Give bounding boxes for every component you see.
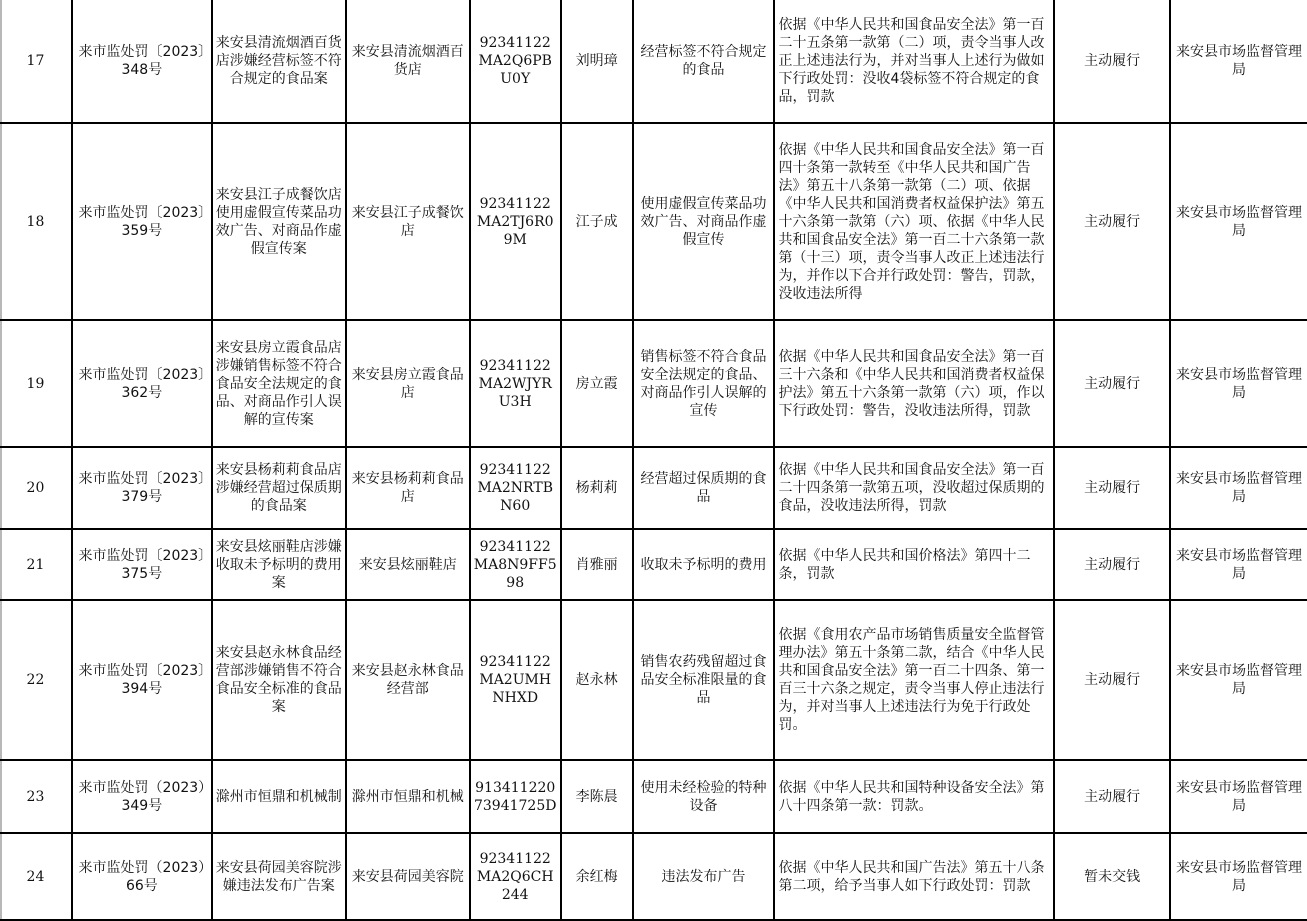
doc-no-cell: 来市监处罚〔2023〕348号 <box>72 0 212 123</box>
violation-cell: 收取未予标明的费用 <box>633 529 775 600</box>
authority-cell: 来安县市场监督管理局 <box>1170 600 1307 760</box>
case-name-cell: 来安县赵永林食品经营部涉嫌销售不符合食品安全标准的食品案 <box>212 600 346 760</box>
status-cell: 主动履行 <box>1054 447 1170 529</box>
authority-cell: 来安县市场监督管理局 <box>1170 760 1307 833</box>
doc-no-cell: 来市监处罚（2023）349号 <box>72 760 212 833</box>
legal-rep-cell: 赵永林 <box>561 600 633 760</box>
status-cell: 主动履行 <box>1054 600 1170 760</box>
seq-cell: 21 <box>0 529 72 600</box>
violation-cell: 经营超过保质期的食品 <box>633 447 775 529</box>
seq-cell: 19 <box>0 320 72 447</box>
case-name-cell: 滁州市恒鼎和机械制 <box>212 760 346 833</box>
party-cell: 来安县炫丽鞋店 <box>346 529 470 600</box>
violation-cell: 销售标签不符合食品安全法规定的食品、对商品作引人误解的宣传 <box>633 320 775 447</box>
table-row: 24 来市监处罚（2023）66号 来安县荷园美容院涉嫌违法发布广告案 来安县荷… <box>0 833 1307 920</box>
case-name-cell: 来安县杨莉莉食品店涉嫌经营超过保质期的食品案 <box>212 447 346 529</box>
status-cell: 主动履行 <box>1054 760 1170 833</box>
doc-no-cell: 来市监处罚〔2023〕362号 <box>72 320 212 447</box>
seq-cell: 24 <box>0 833 72 920</box>
legal-rep-cell: 余红梅 <box>561 833 633 920</box>
authority-cell: 来安县市场监督管理局 <box>1170 529 1307 600</box>
seq-cell: 23 <box>0 760 72 833</box>
doc-no-cell: 来市监处罚〔2023〕359号 <box>72 123 212 320</box>
case-name-cell: 来安县炫丽鞋店涉嫌收取未予标明的费用案 <box>212 529 346 600</box>
party-cell: 来安县房立霞食品店 <box>346 320 470 447</box>
penalty-basis-cell: 依据《中华人民共和国食品安全法》第一百二十四条第一款第五项，没收超过保质期的食品… <box>774 447 1054 529</box>
legal-rep-cell: 房立霞 <box>561 320 633 447</box>
violation-cell: 违法发布广告 <box>633 833 775 920</box>
credit-code-cell: 92341122MA2NRTBN60 <box>470 447 561 529</box>
penalty-basis-cell: 依据《中华人民共和国食品安全法》第一百三十六条和《中华人民共和国消费者权益保护法… <box>774 320 1054 447</box>
authority-cell: 来安县市场监督管理局 <box>1170 0 1307 123</box>
legal-rep-cell: 杨莉莉 <box>561 447 633 529</box>
table-row: 23 来市监处罚（2023）349号 滁州市恒鼎和机械制 滁州市恒鼎和机械 91… <box>0 760 1307 833</box>
seq-cell: 20 <box>0 447 72 529</box>
authority-cell: 来安县市场监督管理局 <box>1170 320 1307 447</box>
credit-code-cell: 92341122MA2Q6CH244 <box>470 833 561 920</box>
table-row: 18 来市监处罚〔2023〕359号 来安县江子成餐饮店使用虚假宣传菜品功效广告… <box>0 123 1307 320</box>
penalty-basis-cell: 依据《中华人民共和国特种设备安全法》第八十四条第一款：罚款。 <box>774 760 1054 833</box>
violation-cell: 经营标签不符合规定的食品 <box>633 0 775 123</box>
status-cell: 主动履行 <box>1054 320 1170 447</box>
violation-cell: 销售农药残留超过食品安全标准限量的食品 <box>633 600 775 760</box>
doc-no-cell: 来市监处罚〔2023〕375号 <box>72 529 212 600</box>
credit-code-cell: 91341122073941725D <box>470 760 561 833</box>
authority-cell: 来安县市场监督管理局 <box>1170 447 1307 529</box>
case-name-cell: 来安县荷园美容院涉嫌违法发布广告案 <box>212 833 346 920</box>
party-cell: 来安县江子成餐饮店 <box>346 123 470 320</box>
credit-code-cell: 92341122MA2WJYRU3H <box>470 320 561 447</box>
penalty-basis-cell: 依据《中华人民共和国食品安全法》第一百二十五条第一款第（二）项，责令当事人改正上… <box>774 0 1054 123</box>
party-cell: 来安县清流烟酒百货店 <box>346 0 470 123</box>
party-cell: 来安县赵永林食品经营部 <box>346 600 470 760</box>
credit-code-cell: 92341122MA8N9FF598 <box>470 529 561 600</box>
authority-cell: 来安县市场监督管理局 <box>1170 833 1307 920</box>
seq-cell: 17 <box>0 0 72 123</box>
penalty-basis-cell: 依据《中华人民共和国价格法》第四十二条，罚款 <box>774 529 1054 600</box>
status-cell: 主动履行 <box>1054 0 1170 123</box>
case-name-cell: 来安县江子成餐饮店使用虚假宣传菜品功效广告、对商品作虚假宣传案 <box>212 123 346 320</box>
doc-no-cell: 来市监处罚（2023）66号 <box>72 833 212 920</box>
legal-rep-cell: 刘明璋 <box>561 0 633 123</box>
authority-cell: 来安县市场监督管理局 <box>1170 123 1307 320</box>
penalty-basis-cell: 依据《食用农产品市场销售质量安全监督管理办法》第五十条第二款，结合《中华人民共和… <box>774 600 1054 760</box>
credit-code-cell: 92341122MA2Q6PBU0Y <box>470 0 561 123</box>
status-cell: 暂未交钱 <box>1054 833 1170 920</box>
violation-cell: 使用未经检验的特种设备 <box>633 760 775 833</box>
case-name-cell: 来安县房立霞食品店涉嫌销售标签不符合食品安全法规定的食品、对商品作引人误解的宣传… <box>212 320 346 447</box>
party-cell: 滁州市恒鼎和机械 <box>346 760 470 833</box>
doc-no-cell: 来市监处罚〔2023〕379号 <box>72 447 212 529</box>
penalty-basis-cell: 依据《中华人民共和国广告法》第五十八条第二项，给予当事人如下行政处罚：罚款 <box>774 833 1054 920</box>
table-row: 19 来市监处罚〔2023〕362号 来安县房立霞食品店涉嫌销售标签不符合食品安… <box>0 320 1307 447</box>
penalty-basis-cell: 依据《中华人民共和国食品安全法》第一百四十条第一款转至《中华人民共和国广告法》第… <box>774 123 1054 320</box>
violation-cell: 使用虚假宣传菜品功效广告、对商品作虚假宣传 <box>633 123 775 320</box>
case-name-cell: 来安县清流烟酒百货店涉嫌经营标签不符合规定的食品案 <box>212 0 346 123</box>
status-cell: 主动履行 <box>1054 123 1170 320</box>
penalty-records-table: 17 来市监处罚〔2023〕348号 来安县清流烟酒百货店涉嫌经营标签不符合规定… <box>0 0 1307 921</box>
table-row: 20 来市监处罚〔2023〕379号 来安县杨莉莉食品店涉嫌经营超过保质期的食品… <box>0 447 1307 529</box>
table-row: 22 来市监处罚〔2023〕394号 来安县赵永林食品经营部涉嫌销售不符合食品安… <box>0 600 1307 760</box>
status-cell: 主动履行 <box>1054 529 1170 600</box>
credit-code-cell: 92341122MA2TJ6R09M <box>470 123 561 320</box>
seq-cell: 18 <box>0 123 72 320</box>
party-cell: 来安县杨莉莉食品店 <box>346 447 470 529</box>
seq-cell: 22 <box>0 600 72 760</box>
legal-rep-cell: 李陈晨 <box>561 760 633 833</box>
party-cell: 来安县荷园美容院 <box>346 833 470 920</box>
legal-rep-cell: 江子成 <box>561 123 633 320</box>
table-row: 21 来市监处罚〔2023〕375号 来安县炫丽鞋店涉嫌收取未予标明的费用案 来… <box>0 529 1307 600</box>
legal-rep-cell: 肖雅丽 <box>561 529 633 600</box>
credit-code-cell: 92341122MA2UMHNHXD <box>470 600 561 760</box>
table-row: 17 来市监处罚〔2023〕348号 来安县清流烟酒百货店涉嫌经营标签不符合规定… <box>0 0 1307 123</box>
doc-no-cell: 来市监处罚〔2023〕394号 <box>72 600 212 760</box>
